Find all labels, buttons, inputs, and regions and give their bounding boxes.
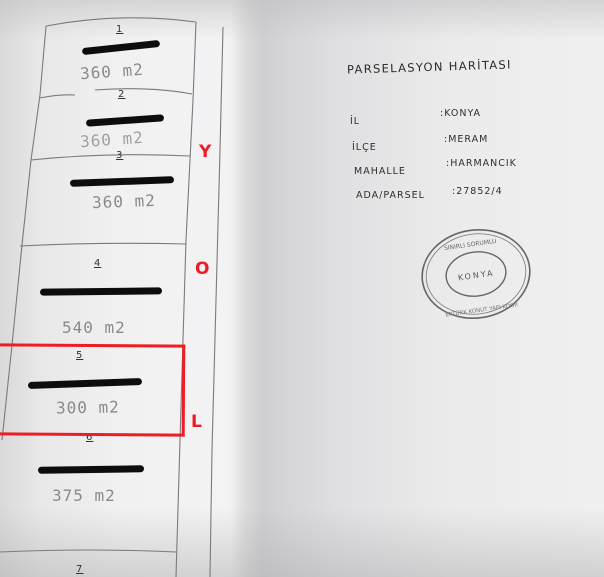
parcel-area: 360 m2 bbox=[92, 191, 156, 212]
info-key: MAHALLE bbox=[354, 166, 406, 177]
redaction-mark bbox=[40, 287, 162, 295]
parcel-area: 540 m2 bbox=[62, 318, 126, 337]
info-key: İL bbox=[350, 116, 360, 127]
redaction-mark bbox=[38, 465, 144, 473]
info-row-il: İL :KONYA bbox=[350, 116, 570, 130]
info-row-ada-parsel: ADA/PARSEL :27852/4 bbox=[356, 190, 576, 204]
highlight-box bbox=[0, 343, 185, 436]
info-row-ilce: İLÇE :MERAM bbox=[352, 142, 572, 156]
parcel-number: 3 bbox=[116, 150, 123, 161]
parcel-area: 375 m2 bbox=[52, 486, 116, 505]
info-value: :HARMANCIK bbox=[446, 158, 517, 169]
parcel-number: 4 bbox=[94, 258, 101, 269]
info-value: :KONYA bbox=[440, 108, 481, 119]
svg-text:ERTÜRK KONUT YAPI KOOP.: ERTÜRK KONUT YAPI KOOP. bbox=[445, 301, 519, 318]
official-stamp: KONYA SINIRLI SORUMLU ERTÜRK KONUT YAPI … bbox=[412, 218, 540, 329]
parcel-number: 1 bbox=[116, 24, 123, 35]
stamp-center-text: KONYA bbox=[457, 268, 495, 282]
info-row-mahalle: MAHALLE :HARMANCIK bbox=[354, 166, 594, 180]
info-value: :MERAM bbox=[444, 134, 488, 145]
parcel-number: 2 bbox=[118, 89, 125, 100]
road-letter-l: L bbox=[191, 412, 202, 432]
road-letter-y: Y bbox=[199, 142, 211, 162]
info-key: İLÇE bbox=[352, 142, 377, 153]
info-key: ADA/PARSEL bbox=[356, 190, 425, 201]
info-value: :27852/4 bbox=[452, 186, 503, 197]
parcel-number: 7 bbox=[76, 564, 83, 575]
road-letter-o: O bbox=[195, 259, 209, 279]
